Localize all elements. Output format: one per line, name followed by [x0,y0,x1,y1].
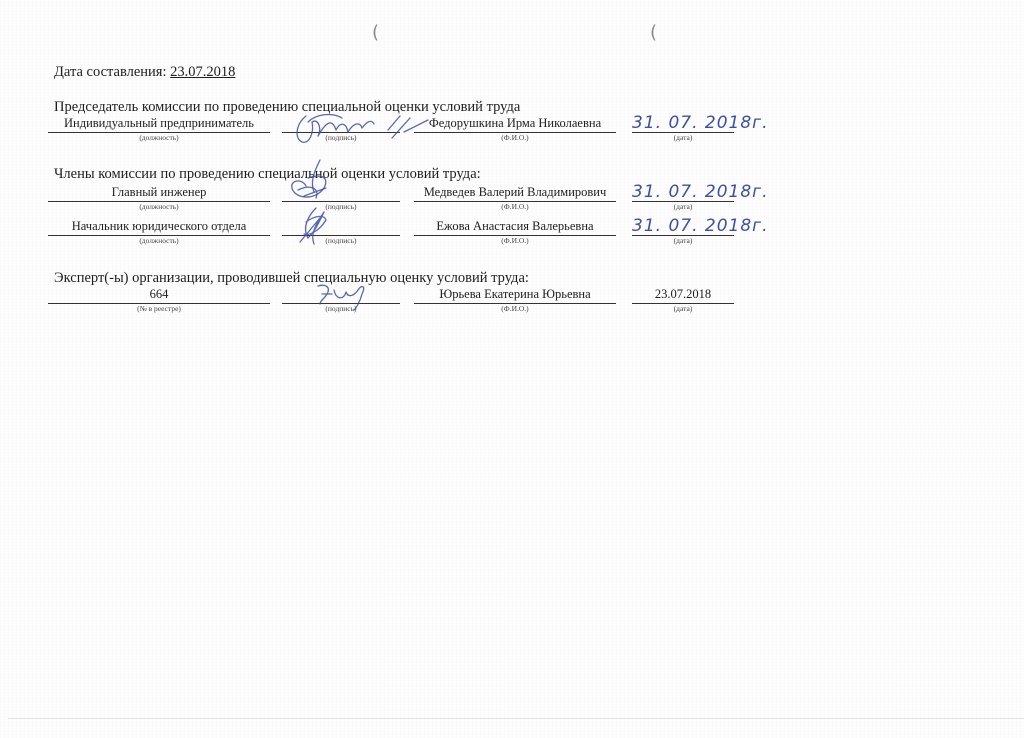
position-caption: (должность) [48,133,270,142]
member-1-signature-field: (подпись) [282,184,400,214]
expert-heading: Эксперт(-ы) организации, проводившей спе… [54,270,529,287]
chair-signature-field: (подпись) [282,115,400,145]
punch-hole-mark-right: ( [650,24,662,42]
expert-signature-field: (подпись) [282,286,400,316]
compilation-date-label: Дата составления: [54,64,167,80]
expert-date: 23.07.2018 [632,287,734,302]
member-1-position-field: Главный инженер (должность) [48,184,270,214]
compilation-date: Дата составления: 23.07.2018 [54,64,243,81]
expert-registry-field: 664 (№ в реестре) [48,286,270,316]
member-2-name: Ежова Анастасия Валерьевна [414,219,616,234]
chair-heading: Председатель комиссии по проведению спец… [54,99,520,116]
member-1-name-field: Медведев Валерий Владимирович (Ф.И.О.) [414,184,616,214]
expert-name: Юрьева Екатерина Юрьевна [414,287,616,302]
member-2-signature-field: (подпись) [282,218,400,248]
member-1-position: Главный инженер [48,185,270,200]
member-2-name-field: Ежова Анастасия Валерьевна (Ф.И.О.) [414,218,616,248]
chair-position-field: Индивидуальный предприниматель (должност… [48,115,270,145]
chair-handwritten-date: 31. 07. 2018г. [632,113,734,133]
compilation-date-value: 23.07.2018 [170,64,235,80]
member-2-position: Начальник юридического отдела [48,219,270,234]
date-caption: (дата) [632,133,734,142]
expert-name-field: Юрьева Екатерина Юрьевна (Ф.И.О.) [414,286,616,316]
member-1-handwritten-date: 31. 07. 2018г. [632,182,734,202]
member-1-date-field: 31. 07. 2018г. (дата) [632,184,734,214]
member-2-date-field: 31. 07. 2018г. (дата) [632,218,734,248]
chair-position: Индивидуальный предприниматель [48,116,270,131]
registry-caption: (№ в реестре) [48,304,270,313]
member-2-handwritten-date: 31. 07. 2018г. [632,216,734,236]
expert-date-field: 23.07.2018 (дата) [632,286,734,316]
expert-registry-number: 664 [48,287,270,302]
chair-name-field: Федорушкина Ирма Николаевна (Ф.И.О.) [414,115,616,145]
member-1-name: Медведев Валерий Владимирович [414,185,616,200]
members-heading: Члены комиссии по проведению специальной… [54,166,481,183]
chair-date-field: 31. 07. 2018г. (дата) [632,115,734,145]
member-2-position-field: Начальник юридического отдела (должность… [48,218,270,248]
signature-caption: (подпись) [282,133,400,142]
name-caption: (Ф.И.О.) [414,133,616,142]
page-edge-line [8,718,1024,719]
punch-hole-mark-left: ( [372,24,384,42]
chair-name: Федорушкина Ирма Николаевна [414,116,616,131]
